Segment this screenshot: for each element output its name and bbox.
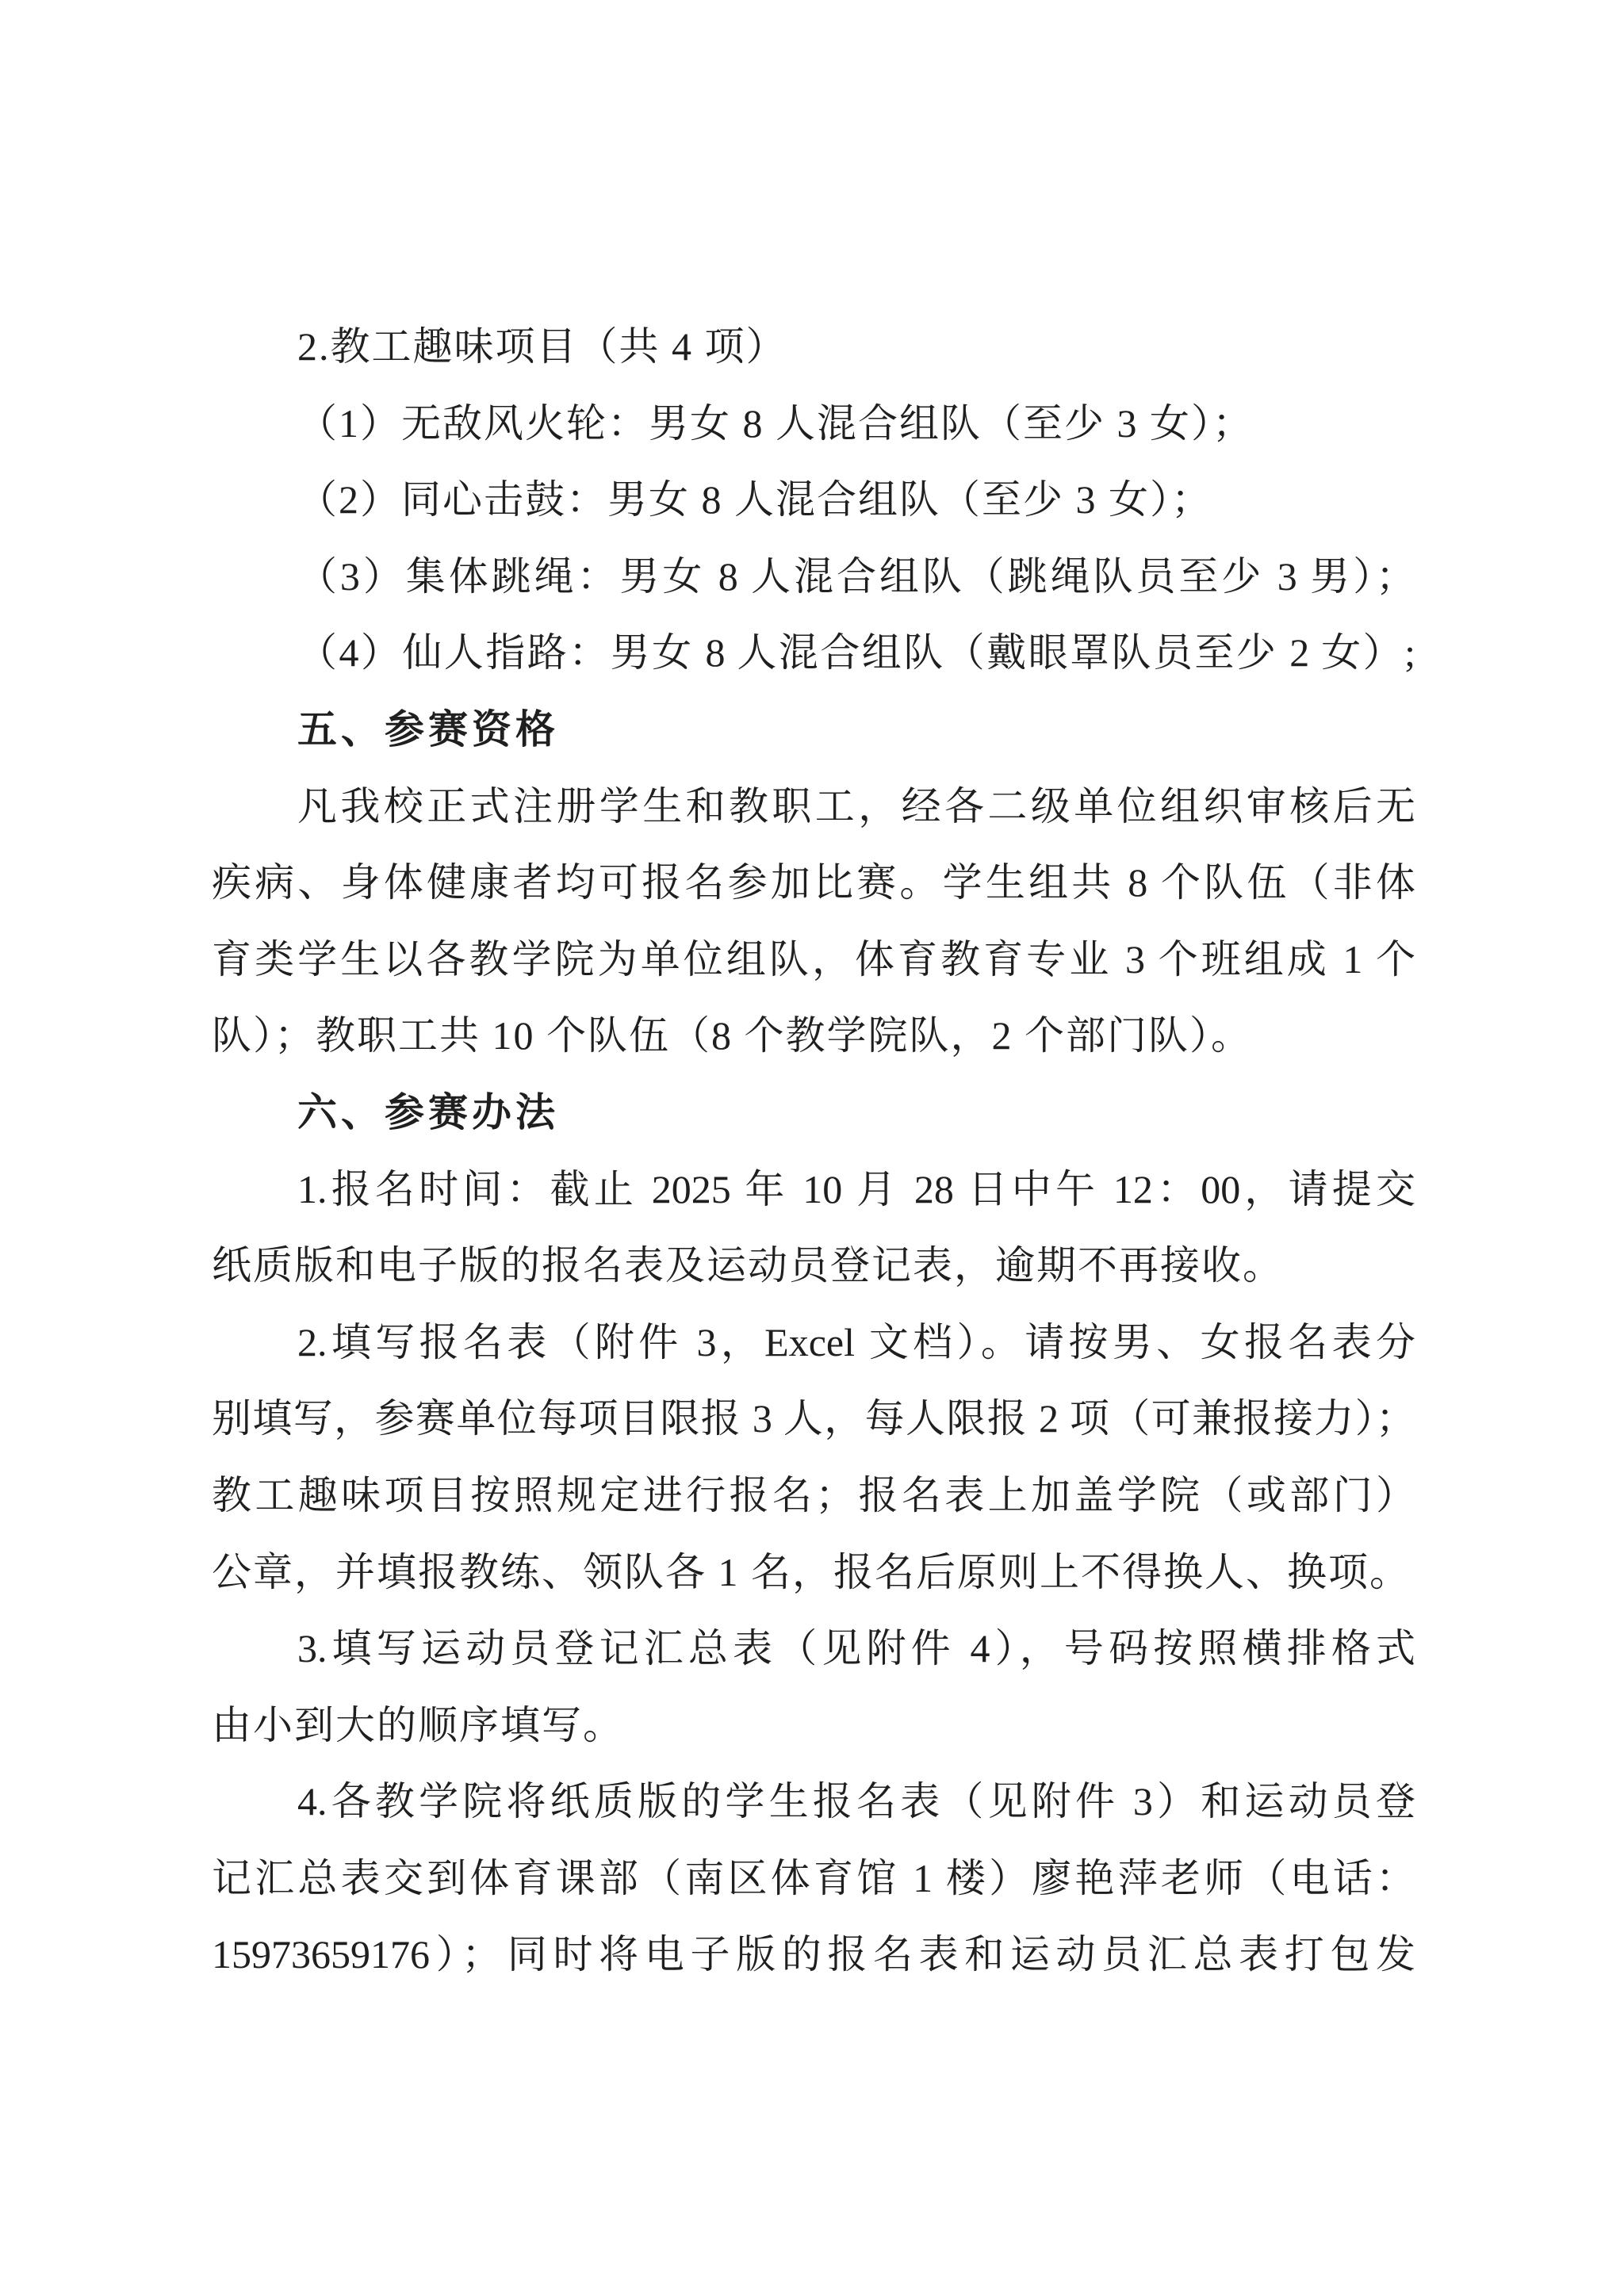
text-line-10: 队）；教职工共 10 个队伍（8 个教学院队，2 个部门队）。	[212, 997, 1415, 1074]
text-line-9: 育类学生以各教学院为单位组队，体育教育专业 3 个班组成 1 个	[212, 921, 1415, 998]
text-line-21: 记汇总表交到体育课部（南区体育馆 1 楼）廖艳萍老师（电话：	[212, 1840, 1415, 1917]
text-line-18: 3.填写运动员登记汇总表（见附件 4），号码按照横排格式	[212, 1610, 1415, 1687]
document-page: 2.教工趣味项目（共 4 项）（1）无敌风火轮：男女 8 人混合组队（至少 3 …	[0, 0, 1624, 2296]
text-line-2: （1）无敌风火轮：男女 8 人混合组队（至少 3 女）；	[212, 385, 1415, 462]
text-line-20: 4.各教学院将纸质版的学生报名表（见附件 3）和运动员登	[212, 1763, 1415, 1840]
text-line-6: 五、参赛资格	[212, 691, 1415, 768]
text-line-17: 公章，并填报教练、领队各 1 名，报名后原则上不得换人、换项。	[212, 1534, 1415, 1611]
text-line-8: 疾病、身体健康者均可报名参加比赛。学生组共 8 个队伍（非体	[212, 844, 1415, 921]
text-line-11: 六、参赛办法	[212, 1074, 1415, 1151]
text-line-22: 15973659176）；同时将电子版的报名表和运动员汇总表打包发	[212, 1916, 1415, 1993]
text-line-3: （2）同心击鼓：男女 8 人混合组队（至少 3 女）；	[212, 461, 1415, 538]
text-line-13: 纸质版和电子版的报名表及运动员登记表，逾期不再接收。	[212, 1227, 1415, 1304]
text-line-15: 别填写，参赛单位每项目限报 3 人，每人限报 2 项（可兼报接力）；	[212, 1380, 1415, 1457]
text-line-7: 凡我校正式注册学生和教职工，经各二级单位组织审核后无	[212, 768, 1415, 845]
text-line-16: 教工趣味项目按照规定进行报名；报名表上加盖学院（或部门）	[212, 1457, 1415, 1534]
document-body: 2.教工趣味项目（共 4 项）（1）无敌风火轮：男女 8 人混合组队（至少 3 …	[212, 308, 1415, 1993]
text-line-12: 1.报名时间：截止 2025 年 10 月 28 日中午 12：00，请提交	[212, 1151, 1415, 1228]
text-line-14: 2.填写报名表（附件 3，Excel 文档）。请按男、女报名表分	[212, 1304, 1415, 1381]
text-line-19: 由小到大的顺序填写。	[212, 1687, 1415, 1764]
text-line-5: （4）仙人指路：男女 8 人混合组队（戴眼罩队员至少 2 女）;	[212, 614, 1415, 691]
text-line-1: 2.教工趣味项目（共 4 项）	[212, 308, 1415, 385]
text-line-4: （3）集体跳绳：男女 8 人混合组队（跳绳队员至少 3 男）；	[212, 538, 1415, 615]
